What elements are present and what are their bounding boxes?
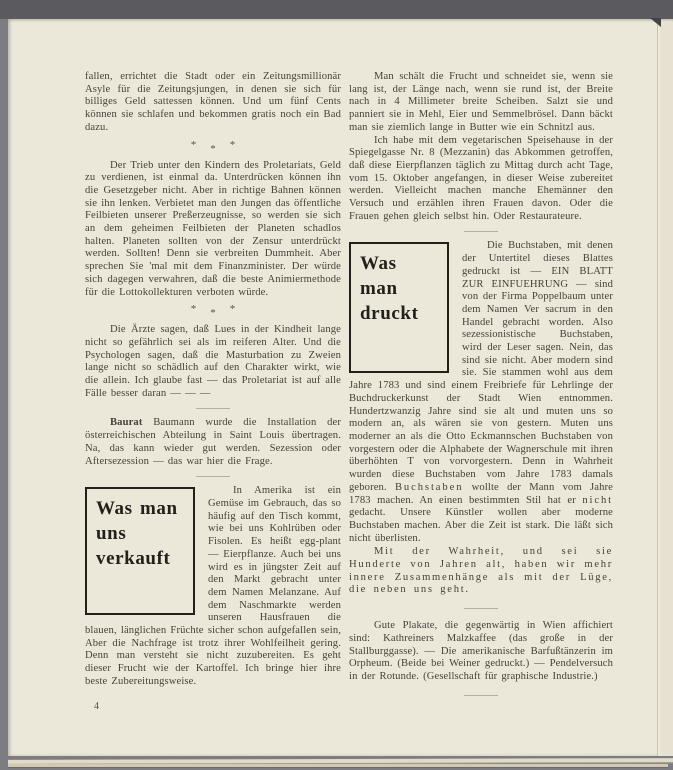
paragraph: Baurat Baumann wurde die Installation de… bbox=[85, 417, 341, 468]
left-text-column: fallen, errichtet die Stadt oder ein Zei… bbox=[85, 71, 341, 689]
paragraph: Gute Plakate, die gegenwärtig in Wien af… bbox=[349, 620, 613, 684]
asterisk: * bbox=[210, 309, 216, 317]
rule-divider bbox=[464, 695, 498, 696]
paragraph: Ich habe mit dem vegetarischen Speisehau… bbox=[349, 135, 613, 224]
rule-divider bbox=[464, 608, 498, 609]
asterisk-divider: *** bbox=[85, 141, 341, 154]
bold-lead-word: Baurat bbox=[110, 417, 143, 428]
paragraph: Man schält die Frucht und schneidet sie,… bbox=[349, 71, 613, 135]
rule-divider bbox=[196, 476, 230, 477]
paragraph: Der Trieb unter den Kindern des Proletar… bbox=[85, 160, 341, 300]
asterisk: * bbox=[210, 145, 216, 153]
rule-divider bbox=[464, 231, 498, 232]
backdrop-top-shadow-band bbox=[0, 0, 673, 19]
was-man-druckt-box: Was man druckt bbox=[349, 242, 449, 373]
scanned-book-photo: { "theme": { "backdrop": "#7c7c81", "ban… bbox=[0, 0, 673, 770]
asterisk: * bbox=[230, 141, 236, 149]
next-page-fore-edge bbox=[657, 22, 673, 756]
callout-box-title: Was man druckt bbox=[360, 251, 438, 326]
paragraph-with-callout: Was man druckt Die Buchstaben, mit denen… bbox=[349, 240, 613, 545]
asterisk: * bbox=[191, 305, 197, 313]
paragraph: Die Ärzte sagen, daß Lues in der Kindhei… bbox=[85, 324, 341, 400]
letterspaced-word: Buchstaben bbox=[395, 482, 463, 493]
letterspaced-word: nicht bbox=[582, 495, 613, 506]
book-page: fallen, errichtet die Stadt oder ein Zei… bbox=[8, 19, 673, 756]
callout-box-title: Was man uns verkauft bbox=[96, 496, 184, 571]
was-man-uns-verkauft-box: Was man uns verkauft bbox=[85, 487, 195, 615]
page-corner-notch bbox=[650, 18, 661, 27]
asterisk: * bbox=[230, 305, 236, 313]
paragraph-with-callout: Was man uns verkauft In Amerika ist ein … bbox=[85, 485, 341, 688]
paragraph-text: gedacht. Unsere Künstler wollen aber mod… bbox=[349, 507, 613, 543]
asterisk: * bbox=[191, 141, 197, 149]
letterspaced-paragraph: Mit der Wahrheit, und sei sie Hunderte v… bbox=[349, 546, 613, 597]
rule-divider bbox=[196, 408, 230, 409]
asterisk-divider: *** bbox=[85, 305, 341, 318]
page-bottom-edge-shadow bbox=[8, 764, 668, 768]
page-number: 4 bbox=[94, 701, 99, 712]
paragraph-continuation: fallen, errichtet die Stadt oder ein Zei… bbox=[85, 71, 341, 135]
right-text-column: Man schält die Frucht und schneidet sie,… bbox=[349, 71, 613, 707]
